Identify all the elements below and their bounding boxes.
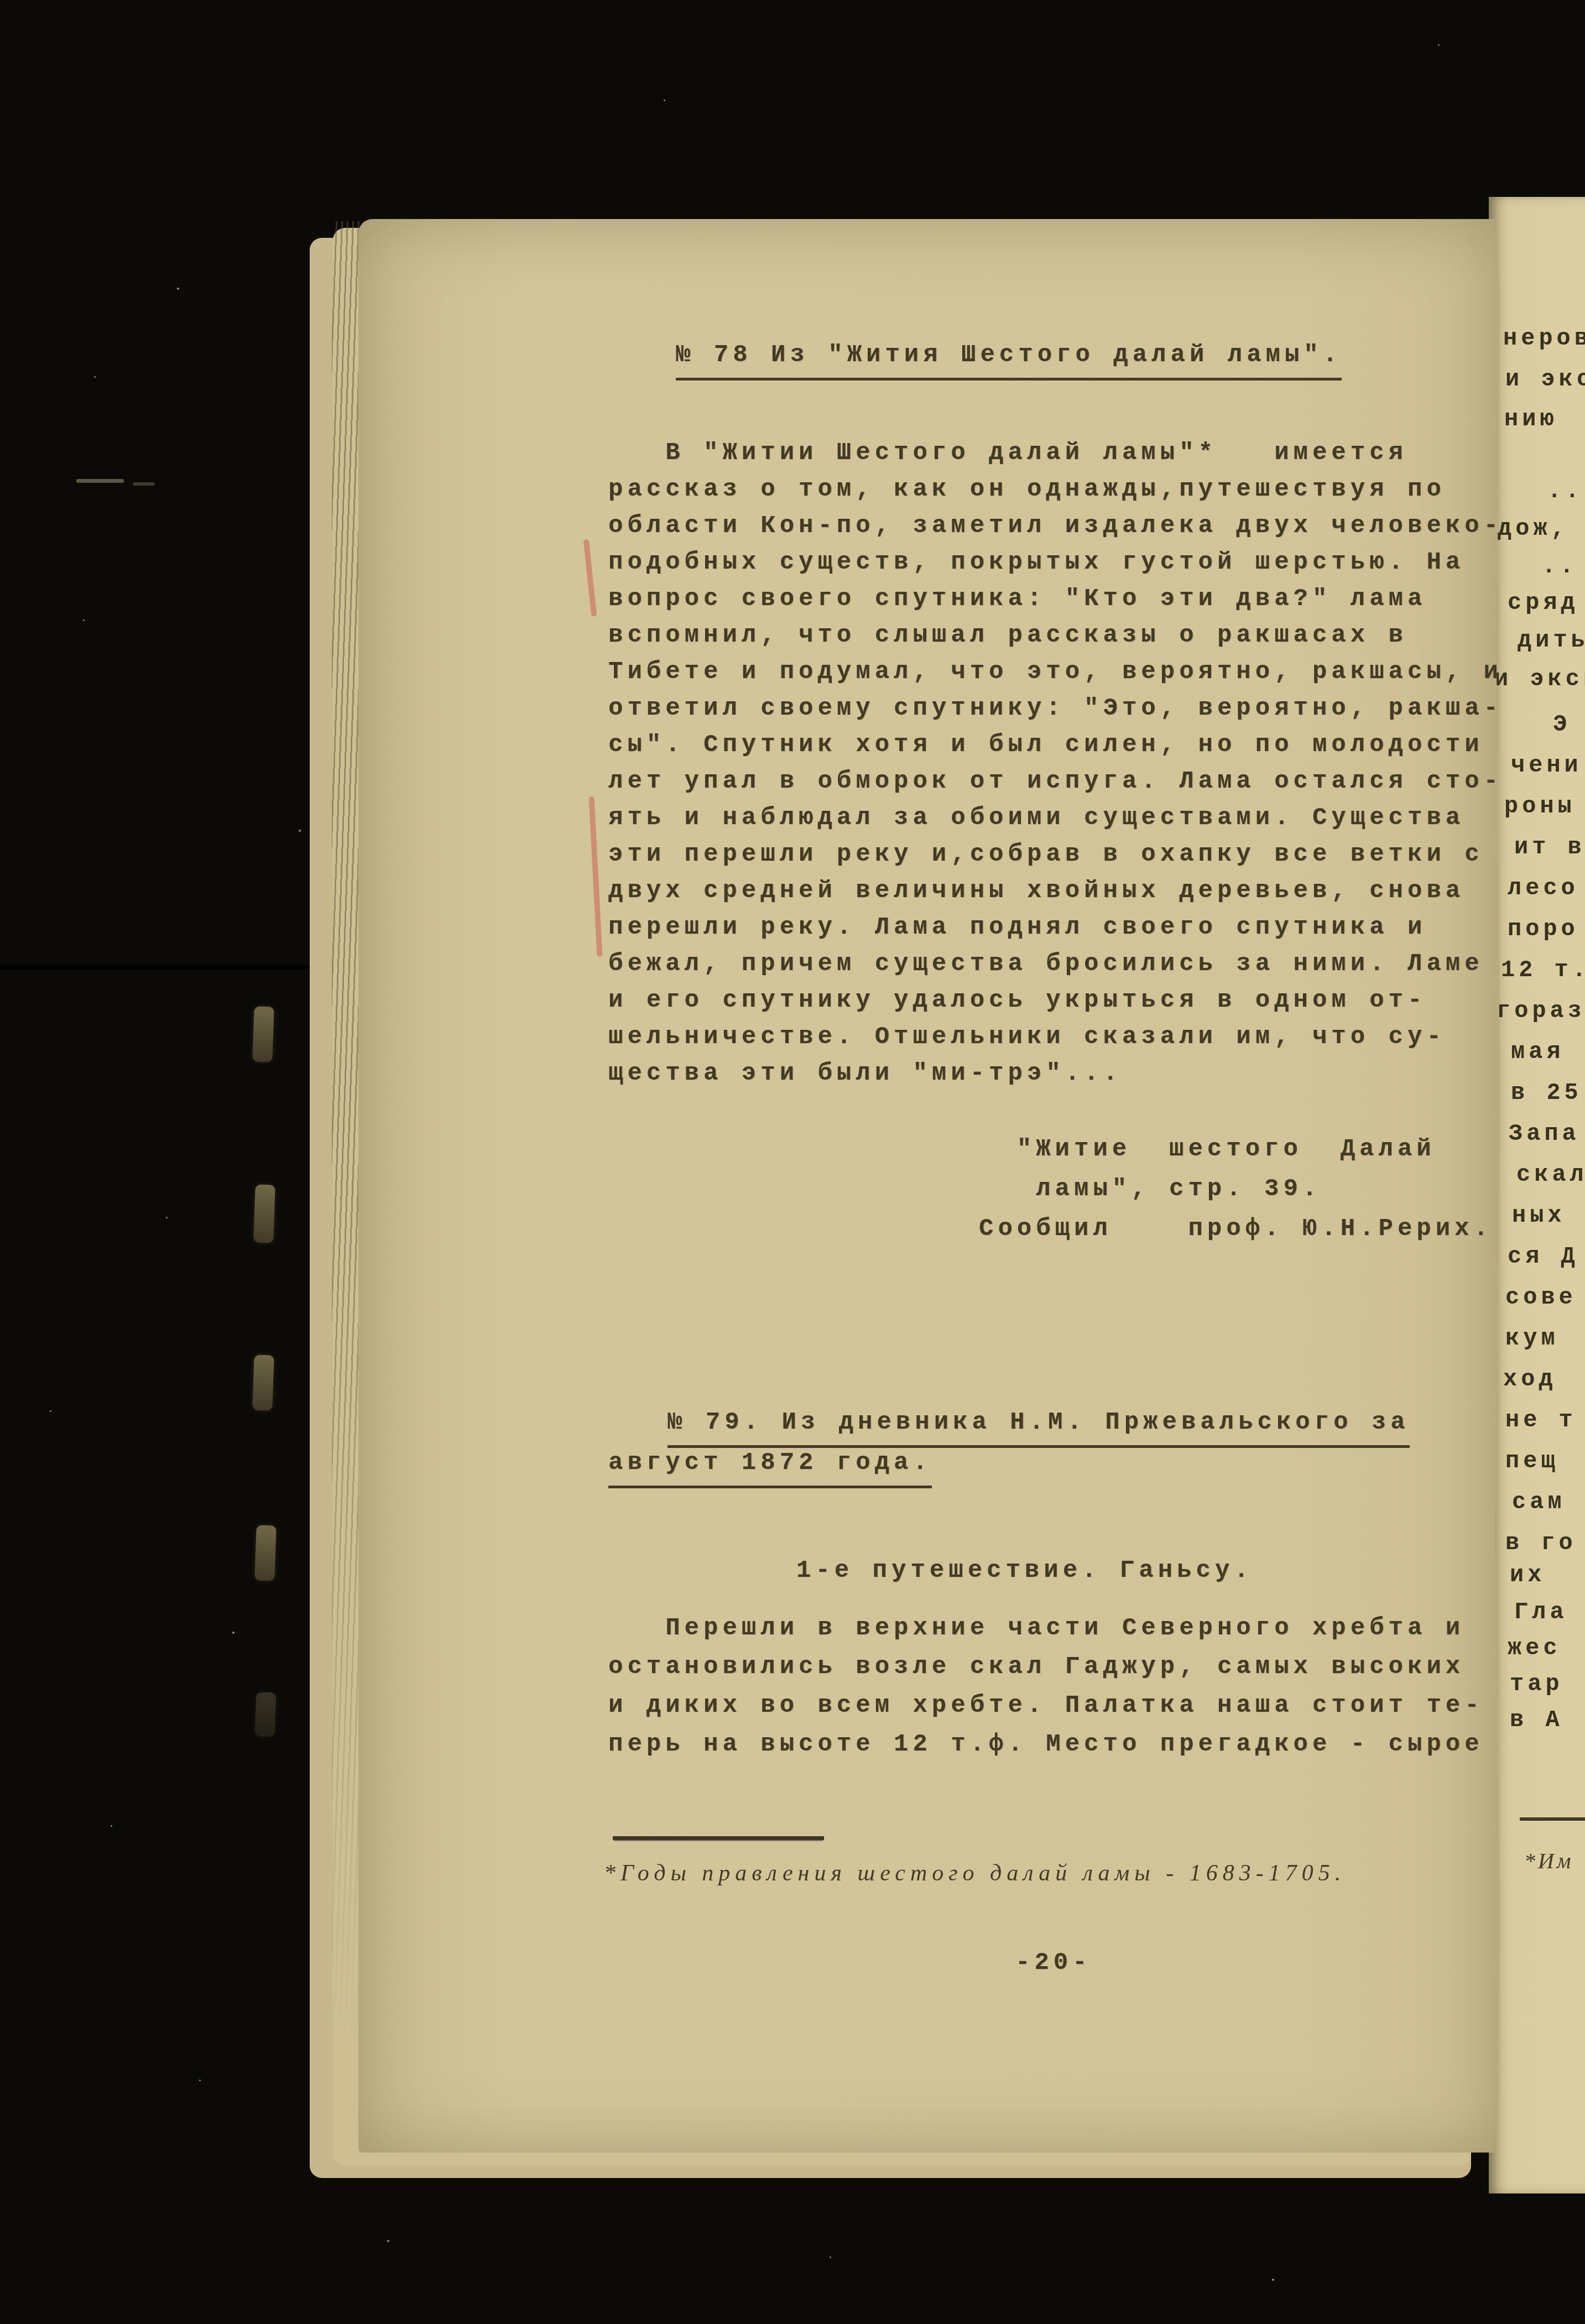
entry-78-body: В "Житии Шестого далай ламы"* имеется ра… [608,435,1500,1092]
next-page-text-fragment: лесо [1508,875,1579,902]
next-page-text-fragment: неров [1503,325,1585,352]
dust-speck [50,1410,51,1412]
next-page-text-fragment: ных [1512,1202,1566,1229]
binding-stitch [253,1184,275,1243]
next-page-text-fragment: сам [1512,1489,1566,1515]
binding-stitch [254,1525,276,1581]
dust-speck [664,100,665,101]
dust-speck [1438,44,1440,46]
next-page-footnote-fragment: *Им [1524,1848,1573,1874]
next-page-text-fragment: чени [1511,752,1582,779]
next-page-text-fragment: и экс [1505,366,1585,393]
next-page-text-fragment: их [1510,1562,1545,1588]
binding-mark [76,479,124,483]
dust-speck [111,1825,112,1827]
dust-speck [299,830,301,832]
dust-speck [83,619,85,621]
next-page-text-fragment: гораз [1497,998,1585,1024]
dust-speck [177,288,179,290]
footnote: *Годы правления шестого далай ламы - 168… [604,1860,1346,1887]
next-page-text-fragment: пещ [1505,1448,1559,1474]
binding-stitch [252,1006,274,1062]
next-page-text-fragment: роны [1504,793,1576,820]
next-page-text-fragment: не т [1505,1407,1577,1434]
dust-speck [199,2080,201,2081]
next-page-text-fragment: скал [1516,1161,1585,1188]
dust-speck [94,376,96,378]
entry-79-body: Перешли в верхние части Северного хребта… [608,1609,1484,1764]
next-page-text-fragment: сряд [1508,590,1579,616]
entry-79-title-line1: № 79. Из дневника Н.М. Пржевальского за [668,1404,1410,1448]
next-page-text-fragment: мая [1511,1039,1565,1065]
next-page-text-fragment: тар [1510,1671,1563,1697]
next-page-text-fragment: кум [1505,1325,1559,1352]
dust-speck [166,1217,168,1218]
entry-78-attribution: "Житие шестого Далай ламы", стр. 39. Соо… [979,1129,1493,1249]
scanned-book-photo: неров и экс нию .. дож, .. сряд дить и э… [0,0,1585,2324]
next-page-text-fragment: .. [1542,553,1577,580]
entry-79-title-line2: август 1872 года. [608,1445,932,1488]
binding-stitch [252,1354,274,1410]
next-page-text-fragment: ся Д [1508,1243,1579,1270]
next-page-text-fragment: жес [1508,1635,1561,1661]
footnote-rule [613,1836,824,1840]
next-page-text-fragment: 12 т. [1501,957,1585,983]
dust-speck [1272,2279,1274,2281]
next-page-text-fragment: в А [1510,1707,1563,1733]
next-page-text-fragment: ит в [1514,834,1585,861]
entry-79-subheading: 1-е путешествие. Ганьсу. [796,1552,1253,1589]
next-page-text-fragment: поро [1508,916,1579,942]
next-page-text-fragment: Запа [1509,1121,1580,1147]
margin-mark-red [588,796,602,957]
entry-78-title: № 78 Из "Жития Шестого далай ламы". [676,337,1342,381]
dust-speck [830,2257,831,2258]
dust-speck [232,1632,234,1634]
next-page-text-fragment: .. [1547,478,1583,504]
binding-stitch [255,1692,277,1737]
next-page-text-fragment: и экск [1494,666,1585,692]
next-page-text-fragment: Гла [1514,1599,1568,1625]
margin-mark-red [583,539,597,617]
page-number: -20- [1015,1945,1092,1981]
next-page-text-fragment: в 25 [1511,1080,1582,1106]
background-shadow-line [0,965,362,970]
next-page-text-fragment: в го [1505,1530,1577,1556]
next-page-text-fragment: сове [1505,1284,1577,1311]
next-page-text-fragment: дить [1518,627,1585,654]
next-page-text-fragment: ход [1503,1366,1557,1393]
page: № 78 Из "Жития Шестого далай ламы". В "Ж… [358,219,1500,2153]
next-page-text-fragment: Э [1553,711,1571,738]
dust-speck [387,2240,389,2242]
next-page-text-fragment: дож, [1498,515,1569,542]
next-page-edge: неров и экс нию .. дож, .. сряд дить и э… [1489,197,1585,2193]
binding-mark [133,482,155,486]
next-page-footnote-rule [1520,1817,1585,1821]
next-page-text-fragment: нию [1504,406,1558,433]
